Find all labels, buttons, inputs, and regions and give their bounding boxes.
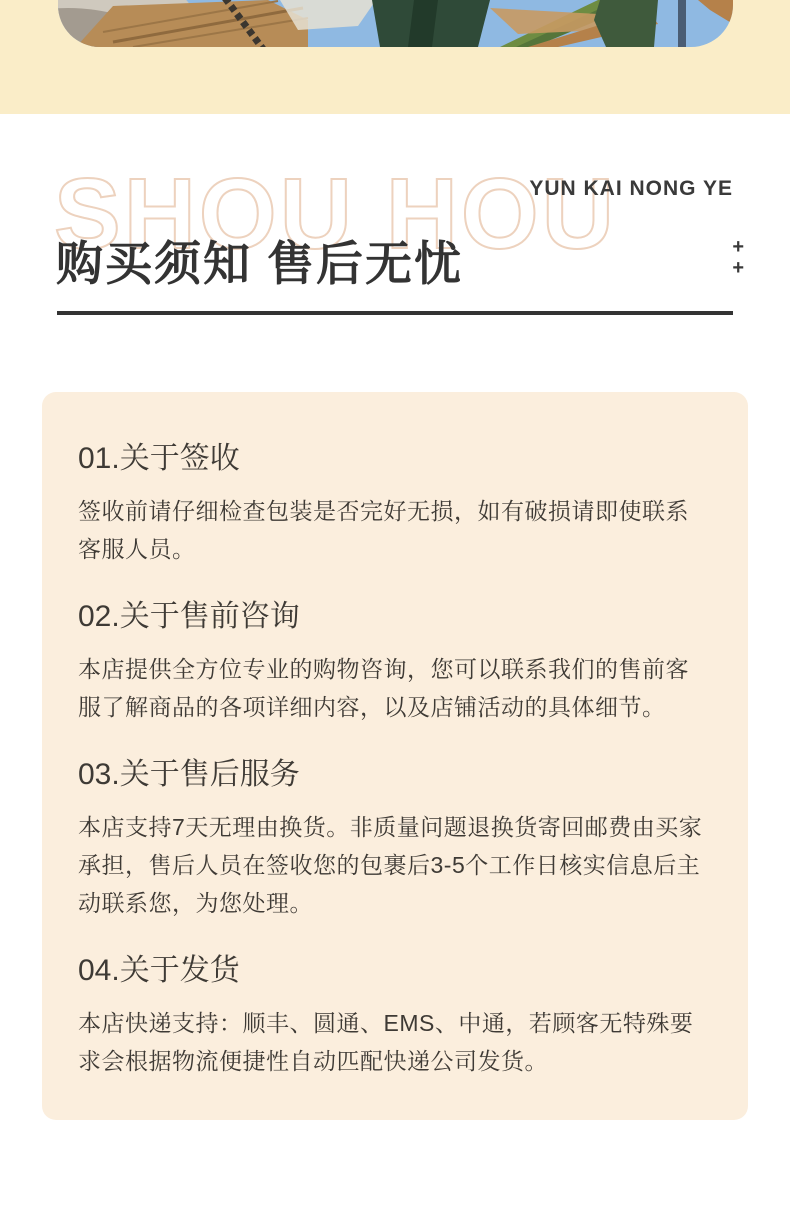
hero-photo: [58, 0, 733, 47]
section-body: 本店快递支持：顺丰、圆通、EMS、中通，若顾客无特殊要求会根据物流便捷性自动匹配…: [78, 1004, 712, 1080]
plus-icon: +: [732, 237, 744, 258]
section-body: 签收前请仔细检查包装是否完好无损，如有破损请即使联系客服人员。: [78, 492, 712, 568]
product-detail-page: { "header": { "watermark": "SHOU HOU", "…: [0, 0, 790, 1221]
plus-icon: +: [732, 258, 744, 279]
section-title: 03.关于售后服务: [78, 756, 712, 794]
brand-text: YUN KAI NONG YE: [529, 177, 733, 201]
section-title: 01.关于签收: [78, 440, 712, 478]
notice-section-presale: 02.关于售前咨询 本店提供全方位专业的购物咨询，您可以联系我们的售前客服了解商…: [78, 598, 712, 726]
title-divider: [57, 311, 733, 315]
section-title: 04.关于发货: [78, 952, 712, 990]
section-body: 本店支持7天无理由换货。非质量问题退换货寄回邮费由买家承担，售后人员在签收您的包…: [78, 808, 712, 922]
hero-photo-illustration: [58, 0, 733, 47]
plus-decoration: + +: [732, 237, 744, 279]
notice-section-shipping: 04.关于发货 本店快递支持：顺丰、圆通、EMS、中通，若顾客无特殊要求会根据物…: [78, 952, 712, 1080]
notice-section-aftersale: 03.关于售后服务 本店支持7天无理由换货。非质量问题退换货寄回邮费由买家承担，…: [78, 756, 712, 922]
section-body: 本店提供全方位专业的购物咨询，您可以联系我们的售前客服了解商品的各项详细内容，以…: [78, 650, 712, 726]
notice-section-sign-off: 01.关于签收 签收前请仔细检查包装是否完好无损，如有破损请即使联系客服人员。: [78, 440, 712, 568]
notice-card: 01.关于签收 签收前请仔细检查包装是否完好无损，如有破损请即使联系客服人员。 …: [42, 392, 748, 1120]
section-title: 02.关于售前咨询: [78, 598, 712, 636]
page-title: 购买须知 售后无忧: [56, 227, 463, 294]
